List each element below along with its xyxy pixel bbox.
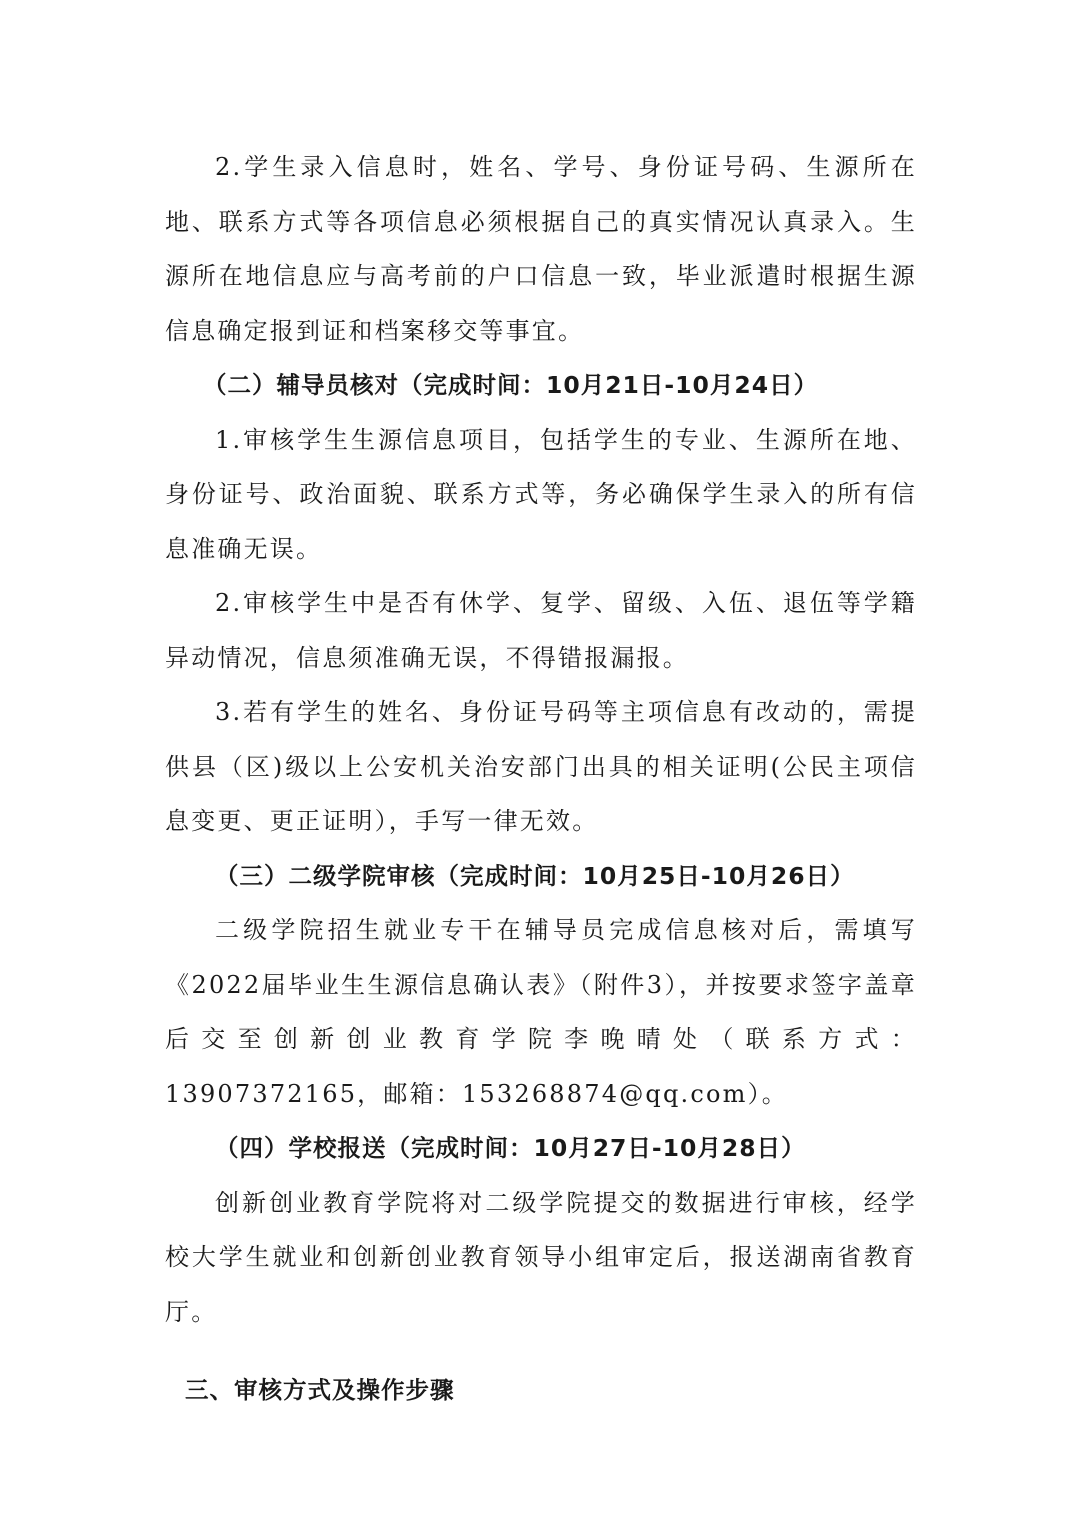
document-page: 2.学生录入信息时，姓名、学号、身份证号码、生源所在地、联系方式等各项信息必须根… bbox=[165, 140, 917, 1418]
paragraph-student-entry-rule-2: 2.学生录入信息时，姓名、学号、身份证号码、生源所在地、联系方式等各项信息必须根… bbox=[165, 140, 917, 358]
subheading-counselor-check: （二）辅导员核对（完成时间：10月21日-10月24日） bbox=[165, 358, 917, 413]
subheading-college-review: （三）二级学院审核（完成时间：10月25日-10月26日） bbox=[165, 849, 917, 904]
subheading-school-submission: （四）学校报送（完成时间：10月27日-10月28日） bbox=[165, 1121, 917, 1176]
paragraph-counselor-rule-2: 2.审核学生中是否有休学、复学、留级、入伍、退伍等学籍异动情况，信息须准确无误，… bbox=[165, 576, 917, 685]
paragraph-school-submission: 创新创业教育学院将对二级学院提交的数据进行审核，经学校大学生就业和创新创业教育领… bbox=[165, 1176, 917, 1340]
section-heading-review-method: 三、审核方式及操作步骤 bbox=[185, 1363, 917, 1418]
paragraph-counselor-rule-3: 3.若有学生的姓名、身份证号码等主项信息有改动的，需提供县（区)级以上公安机关治… bbox=[165, 685, 917, 849]
paragraph-counselor-rule-1: 1.审核学生生源信息项目，包括学生的专业、生源所在地、身份证号、政治面貌、联系方… bbox=[165, 413, 917, 577]
paragraph-college-review: 二级学院招生就业专干在辅导员完成信息核对后，需填写《2022届毕业生生源信息确认… bbox=[165, 903, 917, 1121]
